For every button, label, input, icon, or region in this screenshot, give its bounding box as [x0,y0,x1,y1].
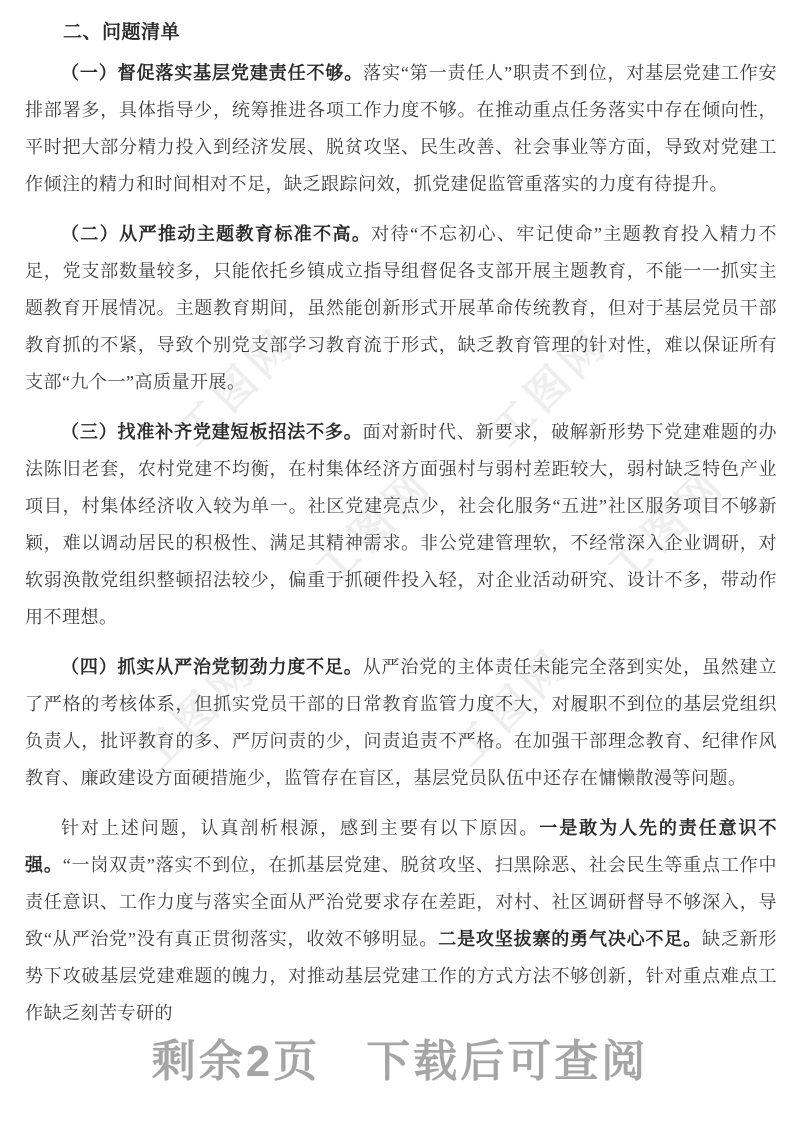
download-notice: 剩余2页下载后可查阅 [0,1036,800,1088]
paragraph-lead-bold: 二是攻坚拔寨的勇气决心不足。 [438,929,702,949]
paragraph-lead-bold: （四）抓实从严治党韧劲力度不足。 [61,657,363,677]
paragraph-container: （一）督促落实基层党建责任不够。落实“第一责任人”职责不到位，对基层党建工作安排… [25,55,777,1032]
paragraph-lead-bold: （一）督促落实基层党建责任不够。 [61,63,363,83]
paragraph: （二）从严推动主题教育标准不高。对待“不忘初心、牢记使命”主题教育投入精力不足，… [25,216,777,401]
paragraph-text: 针对上述问题，认真剖析根源，感到主要有以下原因。 [61,818,539,838]
paragraph: （三）找准补齐党建短板招法不多。面对新时代、新要求，破解新形势下党建难题的办法陈… [25,414,777,636]
download-hint-text: 下载后可查阅 [366,1037,648,1086]
paragraph-lead-bold: （三）找准补齐党建短板招法不多。 [61,422,363,442]
paragraph-text: 对待“不忘初心、牢记使命”主题教育投入精力不足，党支部数量较多，只能依托乡镇成立… [25,224,777,392]
paragraph-text: 面对新时代、新要求，破解新形势下党建难题的办法陈旧老套，农村党建不均衡，在村集体… [25,422,777,627]
document-page: 工图网工图网工图网工图网工图网工图网 二、问题清单 （一）督促落实基层党建责任不… [0,0,800,1139]
document-body: 二、问题清单 （一）督促落实基层党建责任不够。落实“第一责任人”职责不到位，对基… [25,14,777,1032]
paragraph: （一）督促落实基层党建责任不够。落实“第一责任人”职责不到位，对基层党建工作安排… [25,55,777,203]
paragraph-lead-bold: （二）从严推动主题教育标准不高。 [61,224,371,244]
paragraph: （四）抓实从严治党韧劲力度不足。从严治党的主体责任未能完全落到实处，虽然建立了严… [25,649,777,797]
remaining-pages-text: 剩余2页 [152,1037,320,1086]
paragraph: 针对上述问题，认真剖析根源，感到主要有以下原因。一是敢为人先的责任意识不强。“一… [25,810,777,1032]
section-title: 二、问题清单 [25,14,777,51]
